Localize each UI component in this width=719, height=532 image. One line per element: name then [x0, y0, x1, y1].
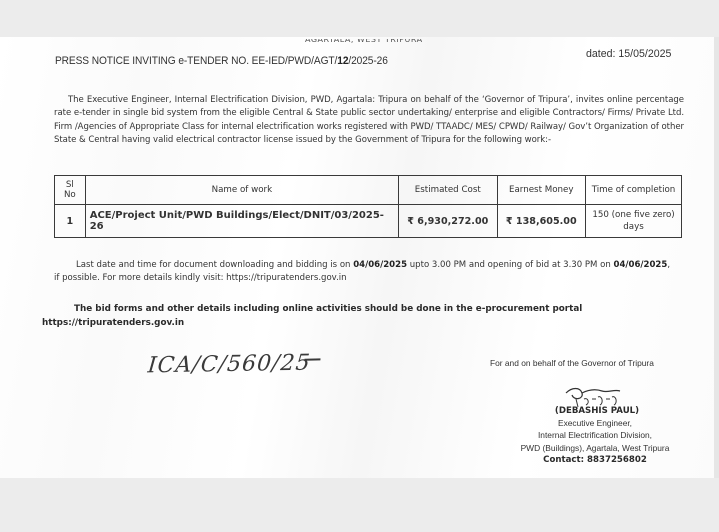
last-date-paragraph: Last date and time for document download… — [54, 259, 674, 286]
portal-url: https://tripuratenders.gov.in — [42, 317, 184, 331]
document-page: AGARTALA, WEST TRIPURA PRESS NOTICE INVI… — [0, 37, 714, 478]
intro-paragraph: The Executive Engineer, Internal Electri… — [54, 94, 684, 147]
portal-text: The bid forms and other details includin… — [74, 304, 582, 314]
header-sl-no: Sl No — [55, 176, 86, 205]
last-date-text-1: Last date and time for document download… — [76, 260, 353, 270]
notice-title-suffix: /2025-26 — [348, 55, 387, 67]
cell-sl-no: 1 — [55, 205, 86, 238]
cell-name-of-work: ACE/Project Unit/PWD Buildings/Elect/DNI… — [85, 205, 398, 238]
signatory-name: (DEBASHIS PAUL) — [494, 405, 700, 417]
cell-estimated-cost: ₹ 6,930,272.00 — [399, 205, 498, 238]
last-date-text-2: upto 3.00 PM and opening of bid at 3.30 … — [407, 260, 613, 270]
last-date-date-2: 04/06/2025 — [614, 260, 668, 270]
portal-paragraph: The bid forms and other details includin… — [58, 303, 678, 330]
page-edge-shadow — [714, 37, 719, 478]
signatory-office: PWD (Buildings), Agartala, West Tripura — [490, 442, 700, 454]
table-header-row: Sl No Name of work Estimated Cost Earnes… — [55, 176, 682, 205]
signatory-contact: Contact: 8837256802 — [490, 454, 700, 466]
header-time-of-completion: Time of completion — [586, 176, 682, 205]
notice-date: dated: 15/05/2025 — [586, 48, 671, 60]
last-date-date-1: 04/06/2025 — [353, 260, 407, 270]
notice-title-number: 12 — [337, 55, 348, 67]
cell-earnest-money: ₹ 138,605.00 — [497, 205, 585, 238]
header-earnest-money: Earnest Money — [497, 176, 585, 205]
cell-time-of-completion: 150 (one five zero) days — [586, 205, 682, 238]
works-table: Sl No Name of work Estimated Cost Earnes… — [54, 175, 682, 238]
signatory-designation: Executive Engineer, — [490, 417, 700, 429]
behalf-line: For and on behalf of the Governor of Tri… — [490, 358, 654, 368]
handwritten-reference: ICA/C/560/25 — [147, 351, 312, 379]
notice-title-prefix: PRESS NOTICE INVITING e-TENDER NO. EE-IE… — [55, 55, 337, 67]
signatory-division: Internal Electrification Division, — [490, 429, 700, 441]
header-name-of-work: Name of work — [85, 176, 398, 205]
cut-off-letterhead: AGARTALA, WEST TRIPURA — [305, 35, 423, 44]
signatory-block: (DEBASHIS PAUL) Executive Engineer, Inte… — [490, 405, 700, 466]
header-estimated-cost: Estimated Cost — [399, 176, 498, 205]
table-row: 1 ACE/Project Unit/PWD Buildings/Elect/D… — [55, 205, 682, 238]
notice-title: PRESS NOTICE INVITING e-TENDER NO. EE-IE… — [55, 55, 388, 67]
